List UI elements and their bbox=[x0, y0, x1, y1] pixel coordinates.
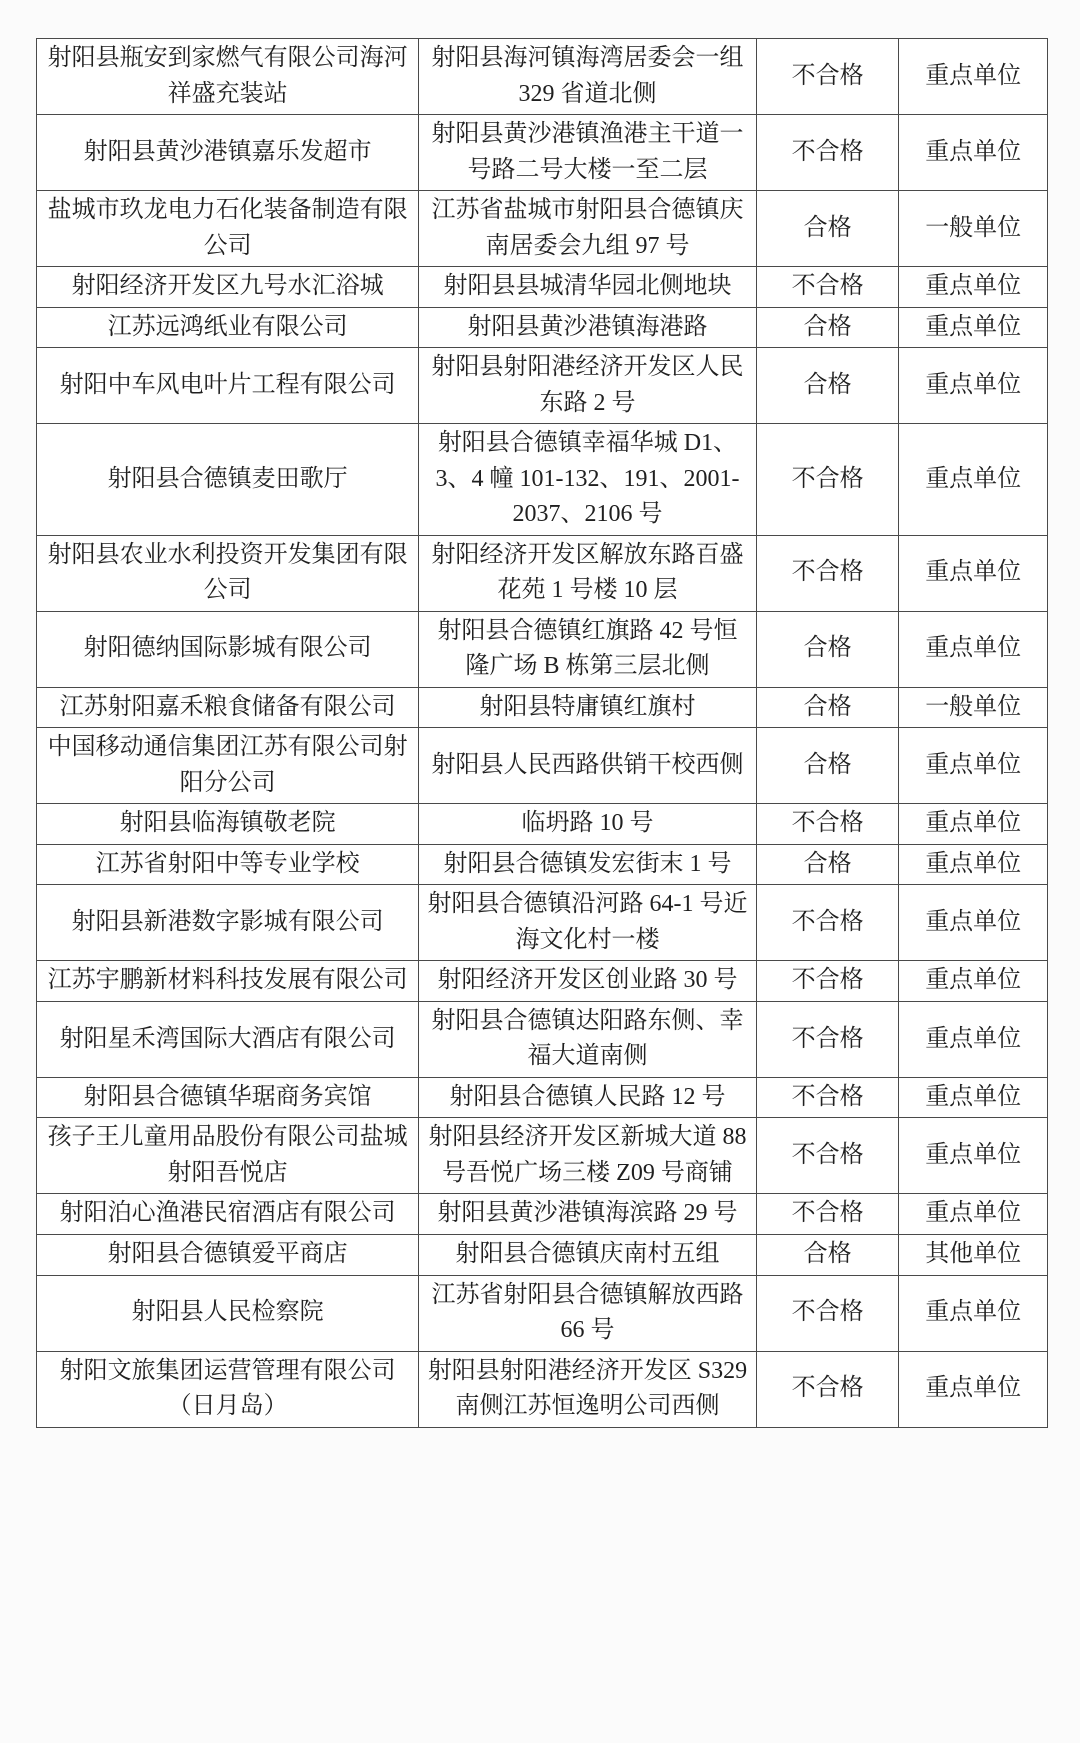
table-row: 射阳县瓶安到家燃气有限公司海河祥盛充装站射阳县海河镇海湾居委会一组 329 省道… bbox=[37, 39, 1048, 115]
unit-type-cell: 重点单位 bbox=[899, 535, 1048, 611]
table-row: 射阳文旅集团运营管理有限公司（日月岛）射阳县射阳港经济开发区 S329 南侧江苏… bbox=[37, 1351, 1048, 1427]
table-row: 射阳星禾湾国际大酒店有限公司射阳县合德镇达阳路东侧、幸福大道南侧不合格重点单位 bbox=[37, 1001, 1048, 1077]
unit-type-cell: 重点单位 bbox=[899, 804, 1048, 845]
table-row: 射阳县农业水利投资开发集团有限公司射阳经济开发区解放东路百盛花苑 1 号楼 10… bbox=[37, 535, 1048, 611]
table-row: 射阳县临海镇敬老院临坍路 10 号不合格重点单位 bbox=[37, 804, 1048, 845]
unit-type-cell: 重点单位 bbox=[899, 1275, 1048, 1351]
address-cell: 射阳县射阳港经济开发区 S329 南侧江苏恒逸明公司西侧 bbox=[419, 1351, 757, 1427]
unit-name-cell: 射阳县人民检察院 bbox=[37, 1275, 419, 1351]
unit-name-cell: 孩子王儿童用品股份有限公司盐城射阳吾悦店 bbox=[37, 1118, 419, 1194]
unit-type-cell: 一般单位 bbox=[899, 191, 1048, 267]
table-row: 孩子王儿童用品股份有限公司盐城射阳吾悦店射阳县经济开发区新城大道 88 号吾悦广… bbox=[37, 1118, 1048, 1194]
unit-type-cell: 重点单位 bbox=[899, 728, 1048, 804]
result-cell: 不合格 bbox=[756, 39, 899, 115]
inspection-table: 射阳县瓶安到家燃气有限公司海河祥盛充装站射阳县海河镇海湾居委会一组 329 省道… bbox=[36, 38, 1048, 1428]
address-cell: 射阳县合德镇人民路 12 号 bbox=[419, 1077, 757, 1118]
inspection-table-container: 射阳县瓶安到家燃气有限公司海河祥盛充装站射阳县海河镇海湾居委会一组 329 省道… bbox=[36, 38, 1048, 1428]
address-cell: 射阳县特庸镇红旗村 bbox=[419, 687, 757, 728]
table-row: 射阳县新港数字影城有限公司射阳县合德镇沿河路 64-1 号近海文化村一楼不合格重… bbox=[37, 885, 1048, 961]
address-cell: 射阳县海河镇海湾居委会一组 329 省道北侧 bbox=[419, 39, 757, 115]
table-row: 射阳德纳国际影城有限公司射阳县合德镇红旗路 42 号恒隆广场 B 栋第三层北侧合… bbox=[37, 611, 1048, 687]
unit-name-cell: 射阳德纳国际影城有限公司 bbox=[37, 611, 419, 687]
unit-name-cell: 江苏射阳嘉禾粮食储备有限公司 bbox=[37, 687, 419, 728]
unit-name-cell: 射阳县临海镇敬老院 bbox=[37, 804, 419, 845]
unit-type-cell: 重点单位 bbox=[899, 115, 1048, 191]
table-row: 射阳县人民检察院江苏省射阳县合德镇解放西路 66 号不合格重点单位 bbox=[37, 1275, 1048, 1351]
unit-type-cell: 重点单位 bbox=[899, 1001, 1048, 1077]
result-cell: 不合格 bbox=[756, 1077, 899, 1118]
address-cell: 射阳经济开发区解放东路百盛花苑 1 号楼 10 层 bbox=[419, 535, 757, 611]
unit-type-cell: 重点单位 bbox=[899, 1351, 1048, 1427]
unit-type-cell: 重点单位 bbox=[899, 1118, 1048, 1194]
inspection-table-body: 射阳县瓶安到家燃气有限公司海河祥盛充装站射阳县海河镇海湾居委会一组 329 省道… bbox=[37, 39, 1048, 1428]
result-cell: 不合格 bbox=[756, 961, 899, 1002]
unit-type-cell: 重点单位 bbox=[899, 348, 1048, 424]
address-cell: 江苏省盐城市射阳县合德镇庆南居委会九组 97 号 bbox=[419, 191, 757, 267]
table-row: 中国移动通信集团江苏有限公司射阳分公司射阳县人民西路供销干校西侧合格重点单位 bbox=[37, 728, 1048, 804]
unit-type-cell: 重点单位 bbox=[899, 1194, 1048, 1235]
unit-name-cell: 盐城市玖龙电力石化装备制造有限公司 bbox=[37, 191, 419, 267]
result-cell: 不合格 bbox=[756, 885, 899, 961]
table-row: 射阳县黄沙港镇嘉乐发超市射阳县黄沙港镇渔港主干道一号路二号大楼一至二层不合格重点… bbox=[37, 115, 1048, 191]
unit-name-cell: 射阳中车风电叶片工程有限公司 bbox=[37, 348, 419, 424]
address-cell: 射阳县县城清华园北侧地块 bbox=[419, 267, 757, 308]
address-cell: 射阳县合德镇发宏街末 1 号 bbox=[419, 844, 757, 885]
unit-type-cell: 重点单位 bbox=[899, 1077, 1048, 1118]
table-row: 江苏宇鹏新材料科技发展有限公司射阳经济开发区创业路 30 号不合格重点单位 bbox=[37, 961, 1048, 1002]
result-cell: 不合格 bbox=[756, 1275, 899, 1351]
result-cell: 合格 bbox=[756, 191, 899, 267]
table-row: 射阳泊心渔港民宿酒店有限公司射阳县黄沙港镇海滨路 29 号不合格重点单位 bbox=[37, 1194, 1048, 1235]
result-cell: 不合格 bbox=[756, 267, 899, 308]
unit-type-cell: 一般单位 bbox=[899, 687, 1048, 728]
unit-name-cell: 射阳文旅集团运营管理有限公司（日月岛） bbox=[37, 1351, 419, 1427]
unit-name-cell: 射阳县合德镇华琚商务宾馆 bbox=[37, 1077, 419, 1118]
unit-name-cell: 射阳县瓶安到家燃气有限公司海河祥盛充装站 bbox=[37, 39, 419, 115]
address-cell: 射阳县黄沙港镇海滨路 29 号 bbox=[419, 1194, 757, 1235]
result-cell: 不合格 bbox=[756, 535, 899, 611]
address-cell: 临坍路 10 号 bbox=[419, 804, 757, 845]
result-cell: 不合格 bbox=[756, 1351, 899, 1427]
address-cell: 射阳县射阳港经济开发区人民东路 2 号 bbox=[419, 348, 757, 424]
table-row: 射阳县合德镇爱平商店射阳县合德镇庆南村五组合格其他单位 bbox=[37, 1234, 1048, 1275]
address-cell: 射阳县合德镇庆南村五组 bbox=[419, 1234, 757, 1275]
table-row: 射阳经济开发区九号水汇浴城射阳县县城清华园北侧地块不合格重点单位 bbox=[37, 267, 1048, 308]
unit-name-cell: 射阳县新港数字影城有限公司 bbox=[37, 885, 419, 961]
table-row: 射阳县合德镇华琚商务宾馆射阳县合德镇人民路 12 号不合格重点单位 bbox=[37, 1077, 1048, 1118]
unit-name-cell: 江苏远鸿纸业有限公司 bbox=[37, 307, 419, 348]
table-row: 盐城市玖龙电力石化装备制造有限公司江苏省盐城市射阳县合德镇庆南居委会九组 97 … bbox=[37, 191, 1048, 267]
result-cell: 不合格 bbox=[756, 1194, 899, 1235]
result-cell: 合格 bbox=[756, 844, 899, 885]
result-cell: 合格 bbox=[756, 687, 899, 728]
result-cell: 不合格 bbox=[756, 1118, 899, 1194]
unit-name-cell: 射阳经济开发区九号水汇浴城 bbox=[37, 267, 419, 308]
page: { "colors": { "page_background": "#fbfbf… bbox=[0, 0, 1080, 1743]
unit-name-cell: 江苏省射阳中等专业学校 bbox=[37, 844, 419, 885]
table-row: 江苏远鸿纸业有限公司射阳县黄沙港镇海港路合格重点单位 bbox=[37, 307, 1048, 348]
table-row: 江苏射阳嘉禾粮食储备有限公司射阳县特庸镇红旗村合格一般单位 bbox=[37, 687, 1048, 728]
unit-name-cell: 射阳县合德镇爱平商店 bbox=[37, 1234, 419, 1275]
unit-type-cell: 重点单位 bbox=[899, 267, 1048, 308]
result-cell: 合格 bbox=[756, 1234, 899, 1275]
unit-type-cell: 重点单位 bbox=[899, 611, 1048, 687]
address-cell: 射阳县黄沙港镇渔港主干道一号路二号大楼一至二层 bbox=[419, 115, 757, 191]
address-cell: 射阳县合德镇红旗路 42 号恒隆广场 B 栋第三层北侧 bbox=[419, 611, 757, 687]
result-cell: 不合格 bbox=[756, 804, 899, 845]
address-cell: 江苏省射阳县合德镇解放西路 66 号 bbox=[419, 1275, 757, 1351]
result-cell: 合格 bbox=[756, 728, 899, 804]
unit-name-cell: 射阳县黄沙港镇嘉乐发超市 bbox=[37, 115, 419, 191]
result-cell: 合格 bbox=[756, 307, 899, 348]
unit-name-cell: 射阳星禾湾国际大酒店有限公司 bbox=[37, 1001, 419, 1077]
unit-name-cell: 江苏宇鹏新材料科技发展有限公司 bbox=[37, 961, 419, 1002]
unit-type-cell: 重点单位 bbox=[899, 961, 1048, 1002]
address-cell: 射阳县合德镇幸福华城 D1、3、4 幢 101-132、191、2001-203… bbox=[419, 424, 757, 536]
address-cell: 射阳县合德镇沿河路 64-1 号近海文化村一楼 bbox=[419, 885, 757, 961]
result-cell: 不合格 bbox=[756, 424, 899, 536]
address-cell: 射阳县经济开发区新城大道 88 号吾悦广场三楼 Z09 号商铺 bbox=[419, 1118, 757, 1194]
unit-type-cell: 重点单位 bbox=[899, 307, 1048, 348]
result-cell: 不合格 bbox=[756, 1001, 899, 1077]
table-row: 江苏省射阳中等专业学校射阳县合德镇发宏街末 1 号合格重点单位 bbox=[37, 844, 1048, 885]
unit-name-cell: 射阳县农业水利投资开发集团有限公司 bbox=[37, 535, 419, 611]
table-row: 射阳县合德镇麦田歌厅射阳县合德镇幸福华城 D1、3、4 幢 101-132、19… bbox=[37, 424, 1048, 536]
result-cell: 合格 bbox=[756, 611, 899, 687]
unit-name-cell: 射阳县合德镇麦田歌厅 bbox=[37, 424, 419, 536]
unit-type-cell: 重点单位 bbox=[899, 424, 1048, 536]
table-row: 射阳中车风电叶片工程有限公司射阳县射阳港经济开发区人民东路 2 号合格重点单位 bbox=[37, 348, 1048, 424]
address-cell: 射阳县黄沙港镇海港路 bbox=[419, 307, 757, 348]
unit-name-cell: 射阳泊心渔港民宿酒店有限公司 bbox=[37, 1194, 419, 1235]
result-cell: 不合格 bbox=[756, 115, 899, 191]
unit-type-cell: 重点单位 bbox=[899, 39, 1048, 115]
result-cell: 合格 bbox=[756, 348, 899, 424]
address-cell: 射阳县人民西路供销干校西侧 bbox=[419, 728, 757, 804]
address-cell: 射阳县合德镇达阳路东侧、幸福大道南侧 bbox=[419, 1001, 757, 1077]
unit-name-cell: 中国移动通信集团江苏有限公司射阳分公司 bbox=[37, 728, 419, 804]
unit-type-cell: 重点单位 bbox=[899, 844, 1048, 885]
unit-type-cell: 重点单位 bbox=[899, 885, 1048, 961]
address-cell: 射阳经济开发区创业路 30 号 bbox=[419, 961, 757, 1002]
unit-type-cell: 其他单位 bbox=[899, 1234, 1048, 1275]
